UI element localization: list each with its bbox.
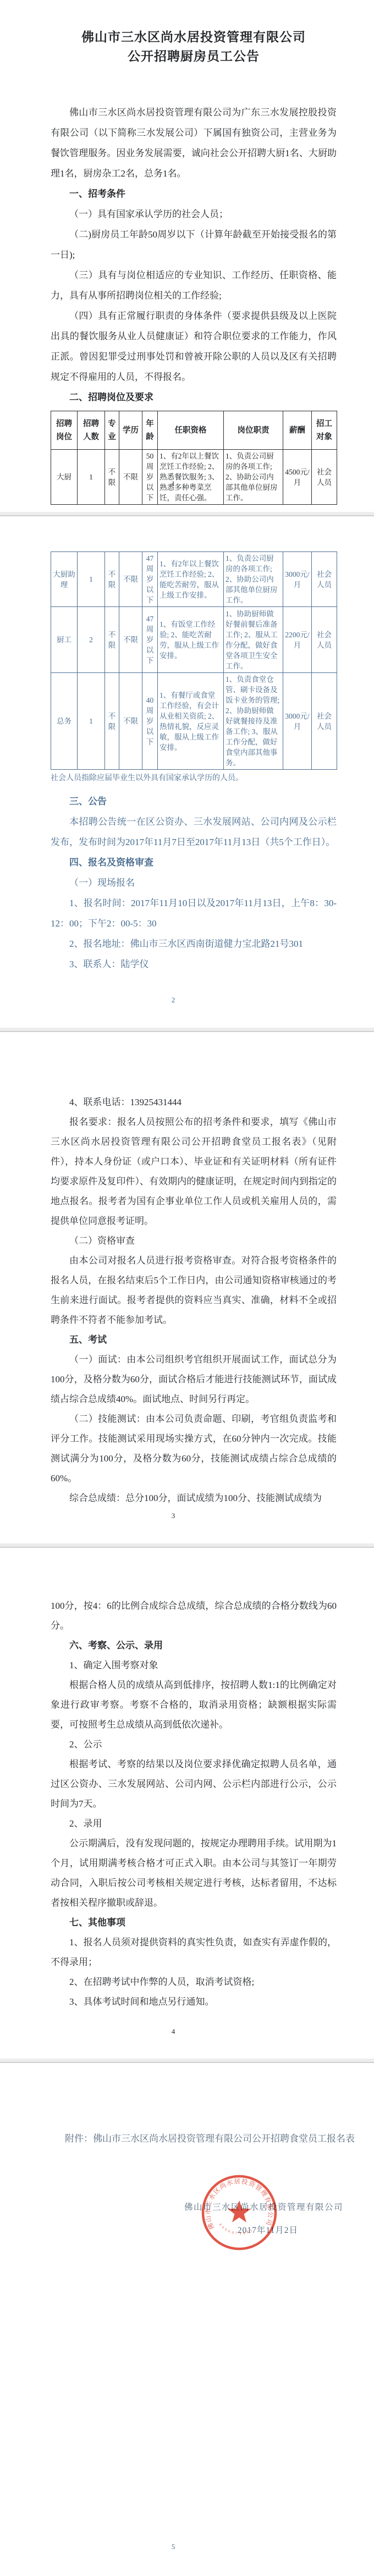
cell-education: 不限 [119,450,142,505]
col-header-education: 学历 [119,411,142,450]
seal-code-text: 4406073081 [218,2222,254,2236]
cell-target: 社会人员 [312,673,337,770]
section6-sub3: 2、录用 [51,1814,337,1834]
table-row-kitchen-worker: 厨工 2 不限 不限 47周岁以下 1、有饭堂工作经验; 2、能吃苦耐劳，服从上… [51,607,337,673]
cell-salary: 4500元/月 [283,450,312,505]
cell-qualifications: 1、有饭堂工作经验; 2、能吃苦耐劳，服从上级工作安排。 [158,607,224,673]
cell-position: 厨工 [51,607,78,673]
seal-code-textpath: 4406073081 [218,2222,254,2236]
contact-person: 3、联系人：陆学仪 [51,954,337,974]
col-header-position: 招聘岗位 [51,411,78,450]
table-row-chef: 大厨 1 不限 不限 50周岁以下 1、有2年以上餐饮烹饪工作经验; 2、熟悉餐… [51,450,337,505]
document-title-line2: 公开招聘厨房员工公告 [51,47,337,66]
document-title-line1: 佛山市三水区尚水居投资管理有限公司 [51,27,337,47]
section6-p3: 公示期满后，没有发现问题的，按规定办理聘用手续。试用期为1个月，试用期满考核合格… [51,1834,337,1913]
section5-heading: 五、考试 [51,1330,337,1350]
section1-heading: 一、招考条件 [51,184,337,204]
contact-phone: 4、联系电话：13925431444 [51,1093,337,1112]
col-header-salary: 薪酬 [283,411,312,450]
cell-count: 1 [78,552,105,607]
skill-test-paragraph: （二）技能测试：由本公司负责命题、印刷，考官组负责监考和评分工作。技能测试采用现… [51,1409,337,1488]
cell-age: 47周岁以下 [142,607,158,673]
page-number-3: 3 [0,1512,346,1520]
cell-age: 47周岁以下 [142,552,158,607]
document-page-5: 附件：佛山市三水区尚水居投资管理有限公司公开招聘食堂员工报名表 佛山市三水区尚水… [0,2063,374,2576]
section6-p1: 根据合格人员的成绩从高到低排序，按招聘人数1:1的比例确定对象进行政审考察。考察… [51,1675,337,1735]
cell-education: 不限 [119,607,142,673]
section3-heading: 三、公告 [51,791,337,812]
cell-major: 不限 [105,552,119,607]
cell-count: 1 [78,450,105,505]
section6-p2: 根据考试、考察的结果以及岗位要求择优确定拟聘人员名单，通过区公资办、三水发展网站… [51,1755,337,1814]
scanned-announcement-document: 佛山市三水区尚水居投资管理有限公司 公开招聘厨房员工公告 佛山市三水区尚水居投资… [0,0,374,2576]
section7-item-2: 2、在招聘考试中作弊的人员，取消考试资格; [51,1972,337,1992]
document-page-1: 佛山市三水区尚水居投资管理有限公司 公开招聘厨房员工公告 佛山市三水区尚水居投资… [0,0,374,512]
attachment-text: 佛山市三水区尚水居投资管理有限公司公开招聘食堂员工报名表 [93,2133,355,2144]
cell-major: 不限 [105,673,119,770]
cell-major: 不限 [105,450,119,505]
attachment-label: 附件： [65,2133,93,2144]
registration-address: 2、报名地址：佛山市三水区西南街道健力宝北路21号301 [51,934,337,954]
section2-heading: 二、招聘岗位及要求 [51,387,337,407]
registration-requirements: 报名要求：报名人员按照公布的招考条件和要求，填写《佛山市三水区尚水居投资管理有限… [51,1112,337,1231]
col-header-major: 专业 [105,411,119,450]
cell-count: 1 [78,673,105,770]
document-page-2: 大厨助理 1 不限 不限 47周岁以下 1、有2年以上餐饮烹饪工作经验; 2、能… [0,516,374,1028]
interview-paragraph: （一）面试：由本公司组织考官组织开展面试工作，面试总分为100分，及格分数为60… [51,1350,337,1409]
cell-major: 不限 [105,607,119,673]
col-header-target: 招工对象 [312,411,337,450]
section6-sub1: 1、确定入围考察对象 [51,1656,337,1675]
section6-heading: 六、考察、公示、录用 [51,1636,337,1656]
cell-qualifications: 1、有2年以上餐饮烹饪工作经验; 2、熟悉餐饮服务; 3、熟悉多种粤菜烹饪，责任… [158,450,224,505]
cell-salary: 3000元/月 [283,552,312,607]
section1-item-4: （四）具有正常履行职责的身体条件（要求提供县级及以上医院出具的餐饮服务从业人员健… [51,306,337,387]
section1-item-3: （三）具有与岗位相适应的专业知识、工作经历、任职资格、能力，具有从事所招聘岗位相… [51,265,337,306]
cell-duties: 1、负责食堂仓管、刷卡设备及饭卡业务的管理; 2、协助厨师做好就餐接待及准备工作… [224,673,283,770]
page-separator [0,1543,374,1548]
registration-time: 1、报名时间：2017年11月10日以及2017年11月13日，上午8：30-1… [51,893,337,934]
page-separator [0,512,374,516]
page-separator [0,2059,374,2063]
page-number-1: 1 [0,479,346,488]
company-seal-stamp: 佛山市三水区尚水居投资管理有限公司 4406073081 [199,2172,280,2253]
attachment-line: 附件：佛山市三水区尚水居投资管理有限公司公开招聘食堂员工报名表 [65,2129,357,2149]
section1-item-1: （一）具有国家承认学历的社会人员； [51,204,337,224]
col-header-qualifications: 任职资格 [158,411,224,450]
section7-heading: 七、其他事项 [51,1913,337,1933]
cell-position: 大厨助理 [51,552,78,607]
cell-education: 不限 [119,552,142,607]
page-number-4: 4 [0,2027,346,2036]
positions-table-part1: 招聘岗位 招聘人数 专业 学历 年龄 任职资格 岗位职责 薪酬 招工对象 大厨 … [51,411,337,505]
cell-position: 大厨 [51,450,78,505]
cell-age: 40周岁以下 [142,673,158,770]
cell-age: 50周岁以下 [142,450,158,505]
composite-score-part1: 综合总成绩：总分100分，面试成绩为100分、技能测试成绩为 [51,1488,337,1508]
cell-qualifications: 1、有餐厅或食堂工作经验，有会计从业相关资质; 2、热情礼貌，反应灵敏，服从上级… [158,673,224,770]
section3-body: 本招聘公告统一在区公资办、三水发展网站、公司内网及公示栏发布，发布时间为2017… [51,812,337,852]
section4-sub1-heading: （一）现场报名 [51,873,337,893]
section1-item-2: （二)厨房员工年龄50周岁以下（计算年龄截至开始接受报名的第一日); [51,224,337,265]
section4-sub2-heading: （二）资格审查 [51,1231,337,1251]
composite-score-part2: 100分，按4：6的比例合成综合总成绩，综合总成绩的合格分数线为60分。 [51,1596,337,1636]
page-number-5: 5 [0,2542,346,2551]
cell-salary: 2200元/月 [283,607,312,673]
table-footnote: 社会人员指除应届毕业生以外具有国家承认学历的人员。 [51,773,337,785]
page-number-2: 2 [0,996,346,1005]
cell-target: 社会人员 [312,450,337,505]
seal-star-icon [228,2200,251,2222]
cell-qualifications: 1、有2年以上餐饮烹饪工作经验; 2、能吃苦耐劳，服从上级工作安排。 [158,552,224,607]
cell-salary: 3000元/月 [283,673,312,770]
cell-education: 不限 [119,673,142,770]
cell-duties: 1、负责公司厨房的各项工作; 2、协助公司内部其他单位厨房工作。 [224,552,283,607]
col-header-age: 年龄 [142,411,158,450]
table-row-assistant-chef: 大厨助理 1 不限 不限 47周岁以下 1、有2年以上餐饮烹饪工作经验; 2、能… [51,552,337,607]
table-row-general-affairs: 总务 1 不限 不限 40周岁以下 1、有餐厅或食堂工作经验，有会计从业相关资质… [51,673,337,770]
cell-target: 社会人员 [312,607,337,673]
col-header-count: 招聘人数 [78,411,105,450]
cell-position: 总务 [51,673,78,770]
cell-duties: 1、协助厨师做好餐前餐后准备工作; 2、服从工作分配，做好食堂各项卫生安全工作。 [224,607,283,673]
document-page-3: 4、联系电话：13925431444 报名要求：报名人员按照公布的招考条件和要求… [0,1032,374,1543]
cell-target: 社会人员 [312,552,337,607]
col-header-duties: 岗位职责 [224,411,283,450]
page-separator [0,1028,374,1032]
section7-item-3: 3、具体考试时间和地点另行通知。 [51,1992,337,2012]
cell-duties: 1、负责公司厨房的各项工作; 2、协助公司内部其他单位厨房工作。 [224,450,283,505]
intro-paragraph: 佛山市三水区尚水居投资管理有限公司为广东三水发展控股投资有限公司（以下简称三水发… [51,102,337,184]
positions-table-part2: 大厨助理 1 不限 不限 47周岁以下 1、有2年以上餐饮烹饪工作经验; 2、能… [51,551,337,770]
section6-sub2: 2、公示 [51,1735,337,1755]
qualification-review-body: 由本公司对报名人员进行报考资格审查。对符合报考资格条件的报名人员，在报名结束后5… [51,1251,337,1330]
cell-count: 2 [78,607,105,673]
table-header-row: 招聘岗位 招聘人数 专业 学历 年龄 任职资格 岗位职责 薪酬 招工对象 [51,411,337,450]
section4-heading: 四、报名及资格审查 [51,852,337,873]
section7-item-1: 1、报名人员须对提供资料的真实性负责，如查实有弄虚作假的，不得录用； [51,1933,337,1972]
document-page-4: 100分，按4：6的比例合成综合总成绩，综合总成绩的合格分数线为60分。 六、考… [0,1548,374,2059]
